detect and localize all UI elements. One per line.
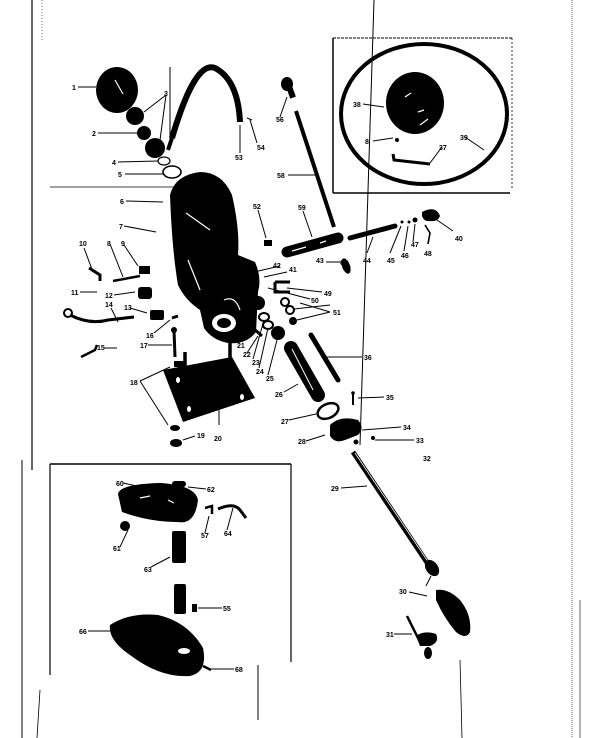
- callout-45: 45: [387, 258, 395, 265]
- upper-shaft-assembly: [254, 209, 453, 325]
- callout-9: 9: [121, 241, 125, 248]
- callout-34: 34: [403, 425, 411, 432]
- callout-38: 38: [353, 102, 361, 109]
- callout-57: 57: [201, 533, 209, 540]
- callout-43: 43: [316, 258, 324, 265]
- hose: [168, 67, 257, 153]
- callout-68: 68: [235, 667, 243, 674]
- callout-13: 13: [124, 305, 132, 312]
- callout-35: 35: [386, 395, 394, 402]
- inset-drum: [333, 38, 513, 193]
- callout-6: 6: [120, 199, 124, 206]
- callout-47: 47: [411, 242, 419, 249]
- callout-29: 29: [331, 486, 339, 493]
- callout-16: 16: [146, 333, 154, 340]
- callout-12: 12: [105, 293, 113, 300]
- callout-50: 50: [311, 298, 319, 305]
- callout-31: 31: [386, 632, 394, 639]
- callout-14: 14: [105, 302, 113, 309]
- callout-60: 60: [116, 481, 124, 488]
- callout-26: 26: [275, 392, 283, 399]
- callout-66: 66: [79, 629, 87, 636]
- callout-40: 40: [455, 236, 463, 243]
- callout-61: 61: [113, 546, 121, 553]
- callout-51: 51: [333, 310, 341, 317]
- callout-53: 53: [235, 155, 243, 162]
- callout-42: 42: [273, 263, 281, 270]
- callout-20: 20: [214, 436, 222, 443]
- center-parts: [239, 296, 362, 395]
- callout-21: 21: [237, 343, 245, 350]
- callout-24: 24: [256, 369, 264, 376]
- callout-4: 4: [112, 160, 116, 167]
- callout-36: 36: [364, 355, 372, 362]
- callout-23: 23: [252, 360, 260, 367]
- callout-5: 5: [118, 172, 122, 179]
- callout-1: 1: [72, 85, 76, 92]
- callout-44: 44: [363, 258, 371, 265]
- callout-11: 11: [71, 290, 79, 297]
- callout-18: 18: [130, 380, 138, 387]
- callout-2: 2: [92, 131, 96, 138]
- callout-65: 65: [340, 260, 348, 267]
- callout-37: 37: [439, 145, 447, 152]
- callout-48: 48: [424, 251, 432, 258]
- callout-49: 49: [324, 291, 332, 298]
- cap-assembly: [78, 67, 181, 178]
- rod-and-knob: [280, 77, 334, 227]
- base-plate: [140, 343, 255, 447]
- callout-54: 54: [257, 145, 265, 152]
- callout-3: 3: [164, 91, 168, 98]
- callout-labels: 1 2 3 4 5 6 7 8 9 10 11 12 13 14 15 16 1…: [71, 85, 468, 674]
- callout-17: 17: [140, 343, 148, 350]
- callout-7: 7: [119, 224, 123, 231]
- inset-base-alternate: [50, 464, 291, 676]
- callout-32: 32: [423, 456, 431, 463]
- cap: [96, 67, 138, 113]
- parts-diagram: 1 2 3 4 5 6 7 8 9 10 11 12 13 14 15 16 1…: [0, 0, 608, 738]
- callout-64: 64: [224, 531, 232, 538]
- callout-28: 28: [298, 439, 306, 446]
- callout-25: 25: [266, 376, 274, 383]
- callout-62: 62: [207, 487, 215, 494]
- callout-15: 15: [97, 345, 105, 352]
- callout-10: 10: [79, 241, 87, 248]
- callout-22: 22: [243, 352, 251, 359]
- drum-disc: [386, 72, 444, 134]
- callout-8b: 8: [365, 139, 369, 146]
- left-parts: [64, 244, 178, 357]
- callout-63: 63: [144, 567, 152, 574]
- callout-19: 19: [197, 433, 205, 440]
- callout-33: 33: [416, 438, 424, 445]
- callout-8: 8: [107, 241, 111, 248]
- main-housing: [124, 172, 259, 343]
- callout-30: 30: [399, 589, 407, 596]
- callout-52: 52: [253, 204, 261, 211]
- callout-56: 56: [276, 117, 284, 124]
- callout-39: 39: [460, 135, 468, 142]
- callout-55: 55: [223, 606, 231, 613]
- callout-58: 58: [277, 173, 285, 180]
- callout-27: 27: [281, 419, 289, 426]
- callout-46: 46: [401, 253, 409, 260]
- callout-41: 41: [289, 267, 297, 274]
- callout-59: 59: [298, 205, 306, 212]
